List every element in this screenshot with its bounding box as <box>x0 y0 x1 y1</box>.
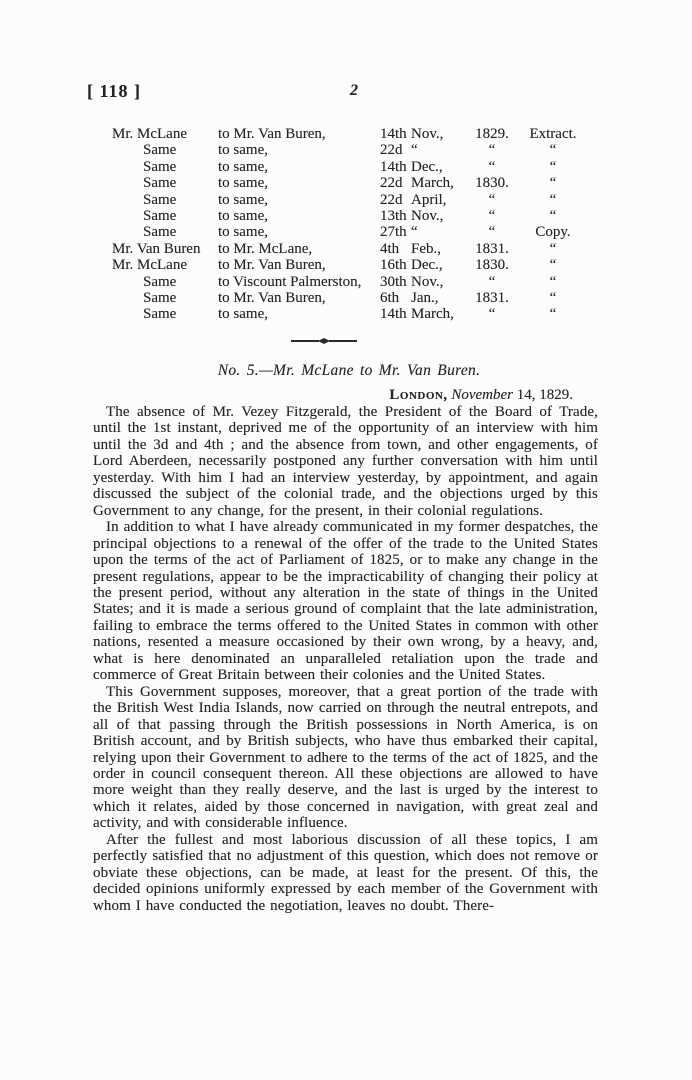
copy-type-cell: “ <box>517 192 589 208</box>
copy-type-cell: “ <box>517 208 589 224</box>
table-row: Same to Mr. Van Buren, 6th Jan., 1831. “ <box>110 290 589 306</box>
year-cell: 1830. <box>467 257 517 273</box>
letter-paragraph: The absence of Mr. Vezey Fitzgerald, the… <box>93 404 598 519</box>
copy-type-cell: “ <box>517 274 589 290</box>
document-page: [ 118 ] 2 Mr. McLane to Mr. Van Buren, 1… <box>0 0 692 1080</box>
correspondence-index-table: Mr. McLane to Mr. Van Buren, 14th Nov., … <box>110 126 589 323</box>
divider-rule-left <box>291 340 319 341</box>
recipient-cell: to same, <box>218 192 380 208</box>
table-row: Same to same, 27th “ “ Copy. <box>110 224 589 240</box>
table-row: Same to same, 13th Nov., “ “ <box>110 208 589 224</box>
letter-paragraph: After the fullest and most laborious dis… <box>93 832 598 914</box>
year-cell: 1831. <box>467 290 517 306</box>
recipient-cell: to same, <box>218 159 380 175</box>
date-month-cell: “ <box>411 142 467 158</box>
date-month-cell: Dec., <box>411 159 467 175</box>
recipient-cell: to Mr. Van Buren, <box>218 126 380 142</box>
date-day-cell: 14th <box>380 159 411 175</box>
date-day-cell: 22d <box>380 192 411 208</box>
year-cell: “ <box>467 159 517 175</box>
date-day-cell: 30th <box>380 274 411 290</box>
date-month-cell: Feb., <box>411 241 467 257</box>
table-row: Mr. McLane to Mr. Van Buren, 16th Dec., … <box>110 257 589 273</box>
year-cell: 1830. <box>467 175 517 191</box>
year-cell: “ <box>467 192 517 208</box>
sender-cell: Same <box>110 192 218 208</box>
date-day-cell: 6th <box>380 290 411 306</box>
letter-heading: No. 5.—Mr. McLane to Mr. Van Buren. <box>93 362 605 380</box>
sender-cell: Mr. McLane <box>110 257 218 273</box>
sender-cell: Same <box>110 142 218 158</box>
copy-type-cell: Copy. <box>517 224 589 240</box>
date-month-cell: Nov., <box>411 126 467 142</box>
sender-cell: Same <box>110 159 218 175</box>
year-cell: “ <box>467 224 517 240</box>
recipient-cell: to same, <box>218 224 380 240</box>
letter-dateline: London, November 14, 1829. <box>389 387 573 404</box>
document-number: [ 118 ] <box>87 81 141 102</box>
date-month-cell: March, <box>411 306 467 322</box>
year-cell: “ <box>467 274 517 290</box>
copy-type-cell: “ <box>517 159 589 175</box>
recipient-cell: to Viscount Palmerston, <box>218 274 380 290</box>
sender-cell: Mr. McLane <box>110 126 218 142</box>
table-row: Same to same, 14th Dec., “ “ <box>110 159 589 175</box>
copy-type-cell: “ <box>517 175 589 191</box>
section-divider-ornament <box>291 337 357 345</box>
divider-diamond-icon <box>318 338 330 344</box>
copy-type-cell: “ <box>517 142 589 158</box>
year-cell: 1831. <box>467 241 517 257</box>
date-month-cell: March, <box>411 175 467 191</box>
year-cell: 1829. <box>467 126 517 142</box>
date-day-cell: 16th <box>380 257 411 273</box>
date-day-cell: 14th <box>380 126 411 142</box>
table-row: Same to same, 22d April, “ “ <box>110 192 589 208</box>
date-day-cell: 27th <box>380 224 411 240</box>
recipient-cell: to same, <box>218 142 380 158</box>
sender-cell: Same <box>110 175 218 191</box>
letter-paragraph: This Government supposes, moreover, that… <box>93 684 598 832</box>
date-month-cell: Dec., <box>411 257 467 273</box>
dateline-place: London, <box>389 387 447 403</box>
sender-cell: Same <box>110 274 218 290</box>
copy-type-cell: Extract. <box>517 126 589 142</box>
sender-cell: Mr. Van Buren <box>110 241 218 257</box>
copy-type-cell: “ <box>517 306 589 322</box>
recipient-cell: to Mr. Van Buren, <box>218 290 380 306</box>
table-row: Same to same, 14th March, “ “ <box>110 306 589 322</box>
year-cell: “ <box>467 142 517 158</box>
table-row: Mr. McLane to Mr. Van Buren, 14th Nov., … <box>110 126 589 142</box>
date-day-cell: 14th <box>380 306 411 322</box>
date-day-cell: 13th <box>380 208 411 224</box>
table-row: Same to same, 22d “ “ “ <box>110 142 589 158</box>
letter-paragraph: In addition to what I have already commu… <box>93 519 598 684</box>
recipient-cell: to Mr. McLane, <box>218 241 380 257</box>
sender-cell: Same <box>110 208 218 224</box>
year-cell: “ <box>467 208 517 224</box>
date-day-cell: 22d <box>380 142 411 158</box>
table-row: Same to Viscount Palmerston, 30th Nov., … <box>110 274 589 290</box>
recipient-cell: to same, <box>218 208 380 224</box>
dateline-day-year: 14, 1829. <box>517 387 573 403</box>
letter-body: The absence of Mr. Vezey Fitzgerald, the… <box>93 404 598 914</box>
date-day-cell: 22d <box>380 175 411 191</box>
recipient-cell: to same, <box>218 306 380 322</box>
copy-type-cell: “ <box>517 290 589 306</box>
table-row: Mr. Van Buren to Mr. McLane, 4th Feb., 1… <box>110 241 589 257</box>
sender-cell: Same <box>110 306 218 322</box>
date-month-cell: Nov., <box>411 208 467 224</box>
divider-rule-right <box>329 340 357 341</box>
date-month-cell: Nov., <box>411 274 467 290</box>
sender-cell: Same <box>110 224 218 240</box>
date-month-cell: “ <box>411 224 467 240</box>
recipient-cell: to same, <box>218 175 380 191</box>
sender-cell: Same <box>110 290 218 306</box>
date-month-cell: April, <box>411 192 467 208</box>
recipient-cell: to Mr. Van Buren, <box>218 257 380 273</box>
copy-type-cell: “ <box>517 257 589 273</box>
page-number: 2 <box>350 82 358 100</box>
date-day-cell: 4th <box>380 241 411 257</box>
copy-type-cell: “ <box>517 241 589 257</box>
year-cell: “ <box>467 306 517 322</box>
date-month-cell: Jan., <box>411 290 467 306</box>
table-row: Same to same, 22d March, 1830. “ <box>110 175 589 191</box>
dateline-month: November <box>451 387 513 403</box>
